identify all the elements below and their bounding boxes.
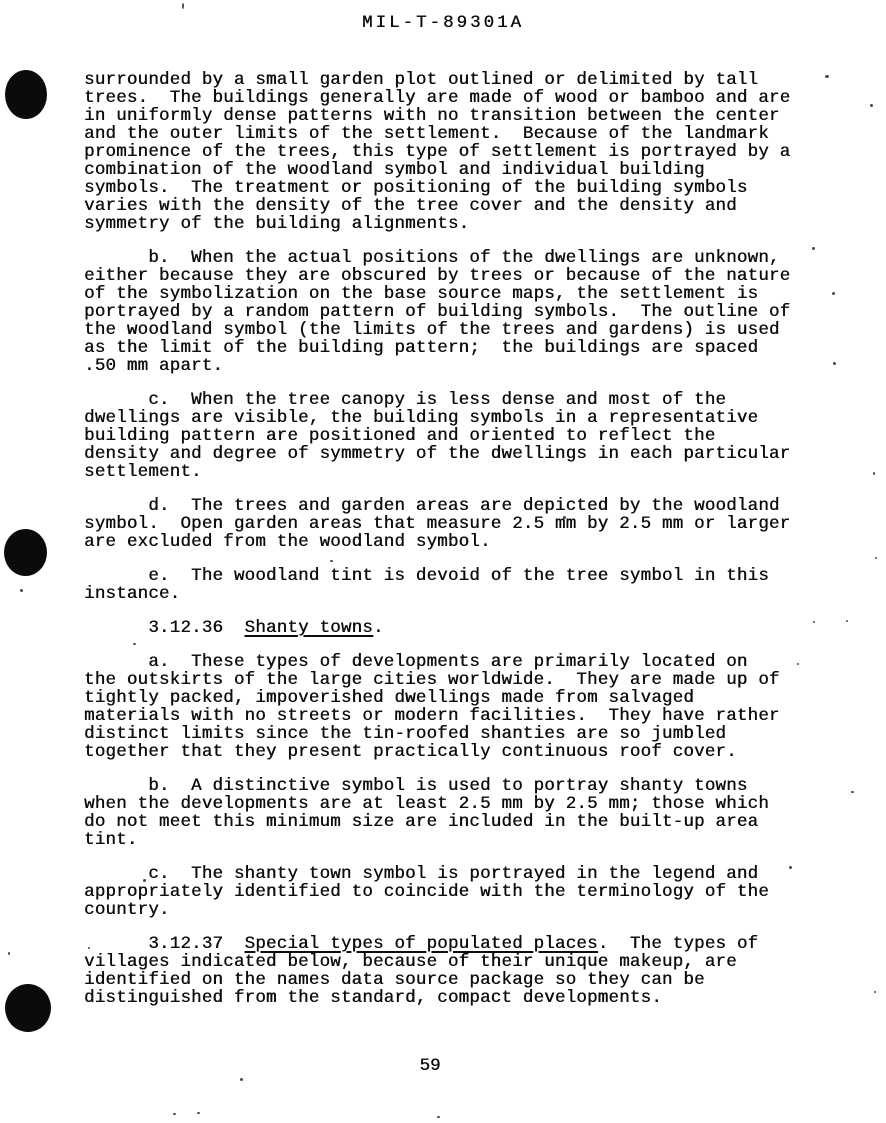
section-title-shanty-towns: Shanty towns [245, 618, 373, 638]
scan-speck [812, 247, 815, 250]
scan-speck [870, 104, 873, 107]
scan-speck [832, 292, 835, 295]
section-3-12-37: 3.12.37 Special types of populated place… [84, 935, 844, 1007]
document-body: surrounded by a small garden plot outlin… [84, 71, 844, 1023]
scan-speck [20, 589, 23, 592]
scan-speck [437, 1116, 440, 1118]
paragraph-e-woodland-tint: e. The woodland tint is devoid of the tr… [84, 567, 844, 603]
paragraph-b-dwellings-unknown: b. When the actual positions of the dwel… [84, 249, 844, 375]
section-heading-3-12-36: 3.12.36 Shanty towns. [84, 619, 844, 637]
paragraph-3-12-36-c: c. The shanty town symbol is portrayed i… [84, 865, 844, 919]
paragraph-c-tree-canopy: c. When the tree canopy is less dense an… [84, 391, 844, 481]
scan-speck [182, 3, 184, 9]
scan-speck [240, 1078, 243, 1081]
scan-speck [874, 991, 876, 993]
paragraph-3-12-36-a: a. These types of developments are prima… [84, 653, 844, 761]
paragraph-intro-continuation: surrounded by a small garden plot outlin… [84, 71, 844, 233]
scan-speck [813, 621, 815, 623]
section-title-period: . [373, 618, 384, 638]
scan-speck [789, 866, 792, 869]
hole-punch-mark [4, 529, 47, 576]
scan-speck [143, 879, 146, 882]
scanned-document-page: MIL-T-89301A surrounded by a small garde… [0, 0, 886, 1123]
scan-speck [197, 1112, 200, 1114]
scan-speck [563, 516, 566, 519]
scan-speck [825, 75, 829, 78]
scan-speck [833, 362, 836, 365]
scan-speck [173, 1113, 176, 1115]
scan-speck [873, 472, 875, 475]
scan-speck [88, 947, 90, 949]
scan-speck [875, 557, 877, 559]
section-title-special-populated-places: Special types of populated places [245, 934, 598, 954]
hole-punch-mark [5, 984, 51, 1032]
scan-speck [8, 952, 10, 955]
scan-speck [851, 791, 854, 793]
scan-speck [797, 663, 799, 665]
paragraph-3-12-36-b: b. A distinctive symbol is used to portr… [84, 777, 844, 849]
page-number: 59 [0, 1056, 860, 1076]
scan-speck [846, 620, 848, 622]
hole-punch-mark [5, 70, 47, 119]
section-number-3-12-36: 3.12.36 [84, 618, 245, 638]
section-number-3-12-37: 3.12.37 [84, 934, 245, 954]
document-number-header: MIL-T-89301A [0, 13, 886, 33]
scan-speck [133, 643, 136, 645]
scan-speck [330, 560, 333, 562]
paragraph-d-trees-gardens: d. The trees and garden areas are depict… [84, 497, 844, 551]
